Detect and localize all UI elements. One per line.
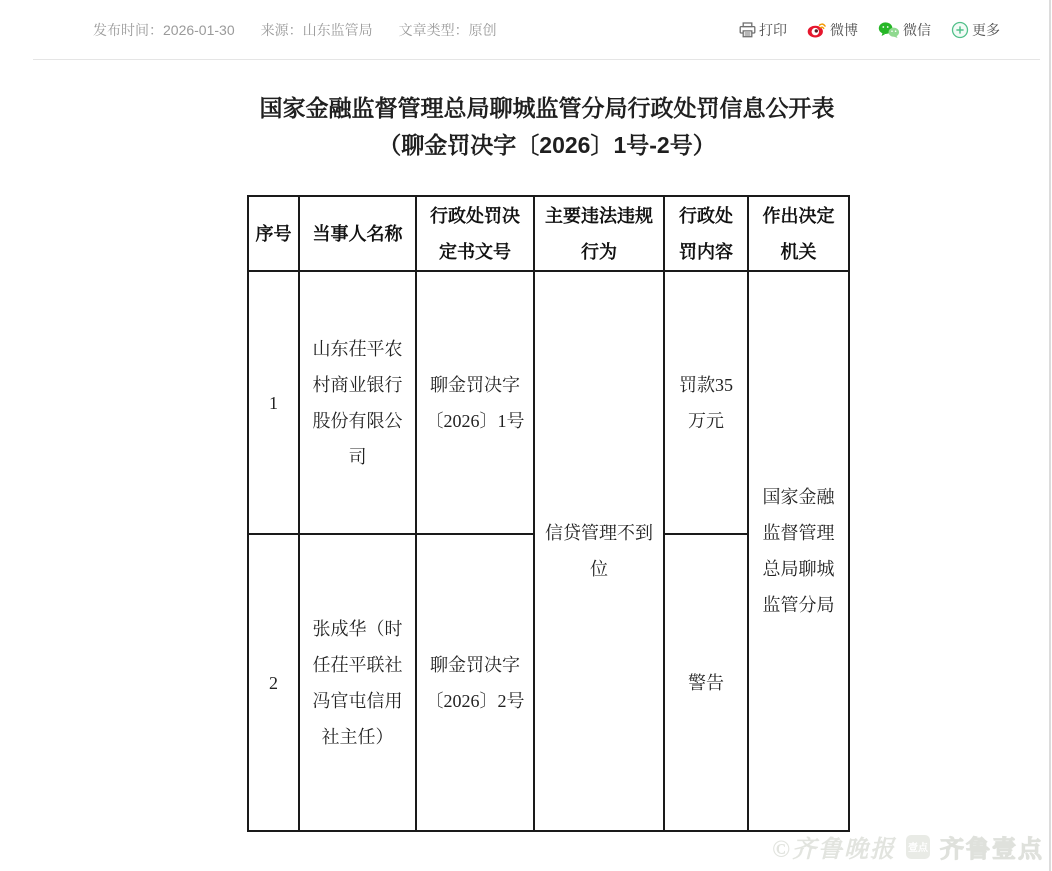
col-header-penalty: 行政处 罚内容 bbox=[664, 196, 748, 271]
col-header-authority: 作出决定 机关 bbox=[748, 196, 849, 271]
table-header-row: 序号 当事人名称 行政处罚决 定书文号 主要违法违规 行为 行政处 罚内容 作出… bbox=[248, 196, 849, 271]
merged-violation-cell: 信贷管理不到 位 bbox=[534, 271, 664, 831]
document-title: 国家金融监督管理总局聊城监管分局行政处罚信息公开表 （聊金罚决字〔2026〕1号… bbox=[217, 60, 877, 164]
page-edge-divider bbox=[1049, 0, 1051, 871]
source-watermark: ©齐鲁晚报 壹点 齐鲁壹点 bbox=[772, 829, 1044, 864]
source-label: 来源：山东监管局 bbox=[261, 20, 373, 40]
copyright-icon: © bbox=[772, 837, 792, 863]
print-label: 打印 bbox=[759, 20, 787, 40]
wechat-icon bbox=[878, 21, 900, 39]
title-line-2: （聊金罚决字〔2026〕1号-2号） bbox=[217, 127, 877, 164]
share-wechat-button[interactable]: 微信 bbox=[878, 20, 931, 40]
more-button[interactable]: 更多 bbox=[951, 20, 1000, 40]
row1-index-cell: 1 bbox=[248, 271, 299, 534]
wechat-label: 微信 bbox=[903, 20, 931, 40]
row2-index-cell: 2 bbox=[248, 534, 299, 831]
col-header-index: 序号 bbox=[248, 196, 299, 271]
weibo-label: 微博 bbox=[830, 20, 858, 40]
col-header-party: 当事人名称 bbox=[299, 196, 416, 271]
row2-doc-no-cell: 聊金罚决字 〔2026〕2号 bbox=[416, 534, 534, 831]
article-meta-bar: 发布时间：2026-01-30 来源：山东监管局 文章类型：原创 打印 bbox=[33, 0, 1040, 60]
print-button[interactable]: 打印 bbox=[739, 20, 787, 40]
penalty-disclosure-table: 序号 当事人名称 行政处罚决 定书文号 主要违法违规 行为 行政处 罚内容 作出… bbox=[247, 195, 850, 832]
col-header-violation: 主要违法违规 行为 bbox=[534, 196, 664, 271]
row2-penalty-cell: 警告 bbox=[664, 534, 748, 831]
more-label: 更多 bbox=[972, 20, 1000, 40]
qilu-yidian-logo-icon: 壹点 bbox=[906, 835, 930, 859]
weibo-icon bbox=[807, 21, 827, 38]
row1-doc-no-cell: 聊金罚决字 〔2026〕1号 bbox=[416, 271, 534, 534]
publish-time-label: 发布时间：2026-01-30 bbox=[93, 20, 235, 40]
plus-circle-icon bbox=[951, 21, 969, 39]
printer-icon bbox=[739, 22, 756, 38]
share-weibo-button[interactable]: 微博 bbox=[807, 20, 858, 40]
article-type-label: 文章类型：原创 bbox=[399, 20, 497, 40]
title-line-1: 国家金融监督管理总局聊城监管分局行政处罚信息公开表 bbox=[217, 90, 877, 127]
qilu-wanbao-label: 齐鲁晚报 bbox=[792, 837, 896, 863]
col-header-doc-no: 行政处罚决 定书文号 bbox=[416, 196, 534, 271]
merged-authority-cell: 国家金融 监督管理 总局聊城 监管分局 bbox=[748, 271, 849, 831]
qilu-yidian-label: 齐鲁壹点 bbox=[940, 829, 1044, 864]
table-row-1: 1 山东茌平农 村商业银行 股份有限公 司 聊金罚决字 〔2026〕1号 信贷管… bbox=[248, 271, 849, 534]
row1-party-cell: 山东茌平农 村商业银行 股份有限公 司 bbox=[299, 271, 416, 534]
row1-penalty-cell: 罚款35 万元 bbox=[664, 271, 748, 534]
row2-party-cell: 张成华（时 任茌平联社 冯官屯信用 社主任） bbox=[299, 534, 416, 831]
meta-info-group: 发布时间：2026-01-30 来源：山东监管局 文章类型：原创 bbox=[33, 20, 497, 40]
qilu-wanbao-watermark: ©齐鲁晚报 bbox=[772, 829, 896, 864]
share-actions: 打印 微博 bbox=[739, 20, 1040, 40]
